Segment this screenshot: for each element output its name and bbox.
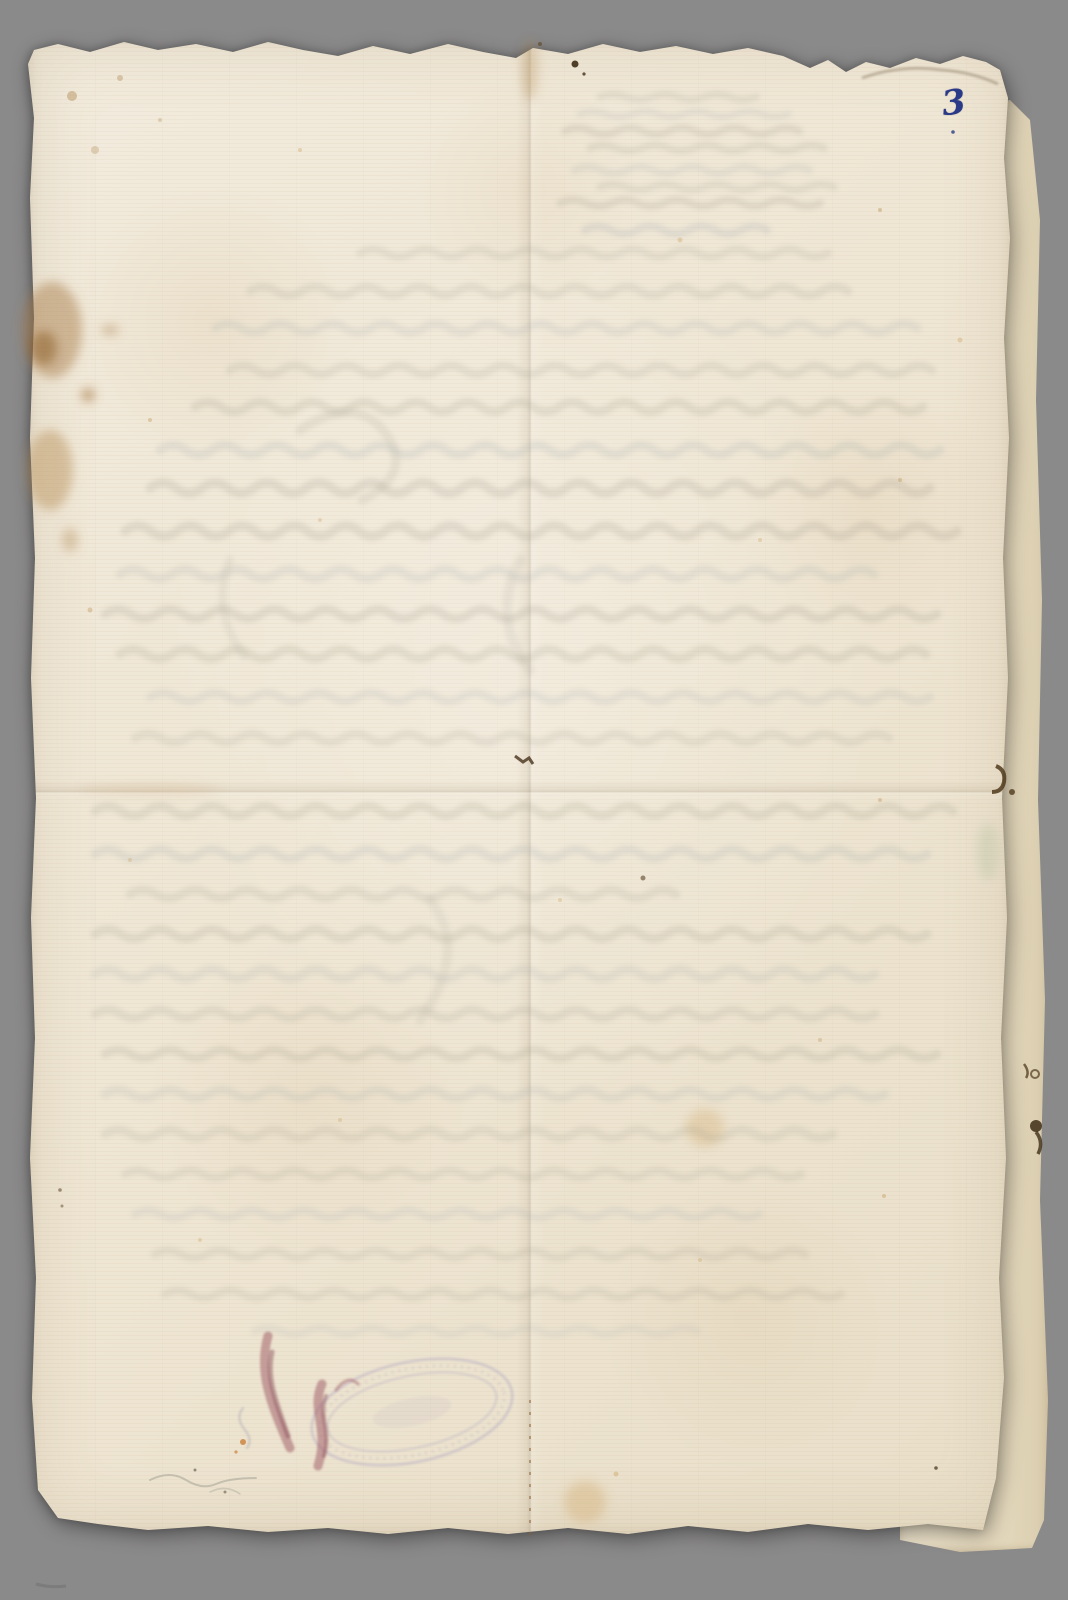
paper-sheet: [28, 38, 1012, 1536]
document-scan-background: 3: [0, 0, 1068, 1600]
mat-smudge: [36, 1584, 66, 1587]
horizontal-fold-crease: [28, 780, 1012, 802]
folio-number: 3: [940, 85, 968, 122]
paper-sheet-wrapper: [28, 38, 1012, 1536]
